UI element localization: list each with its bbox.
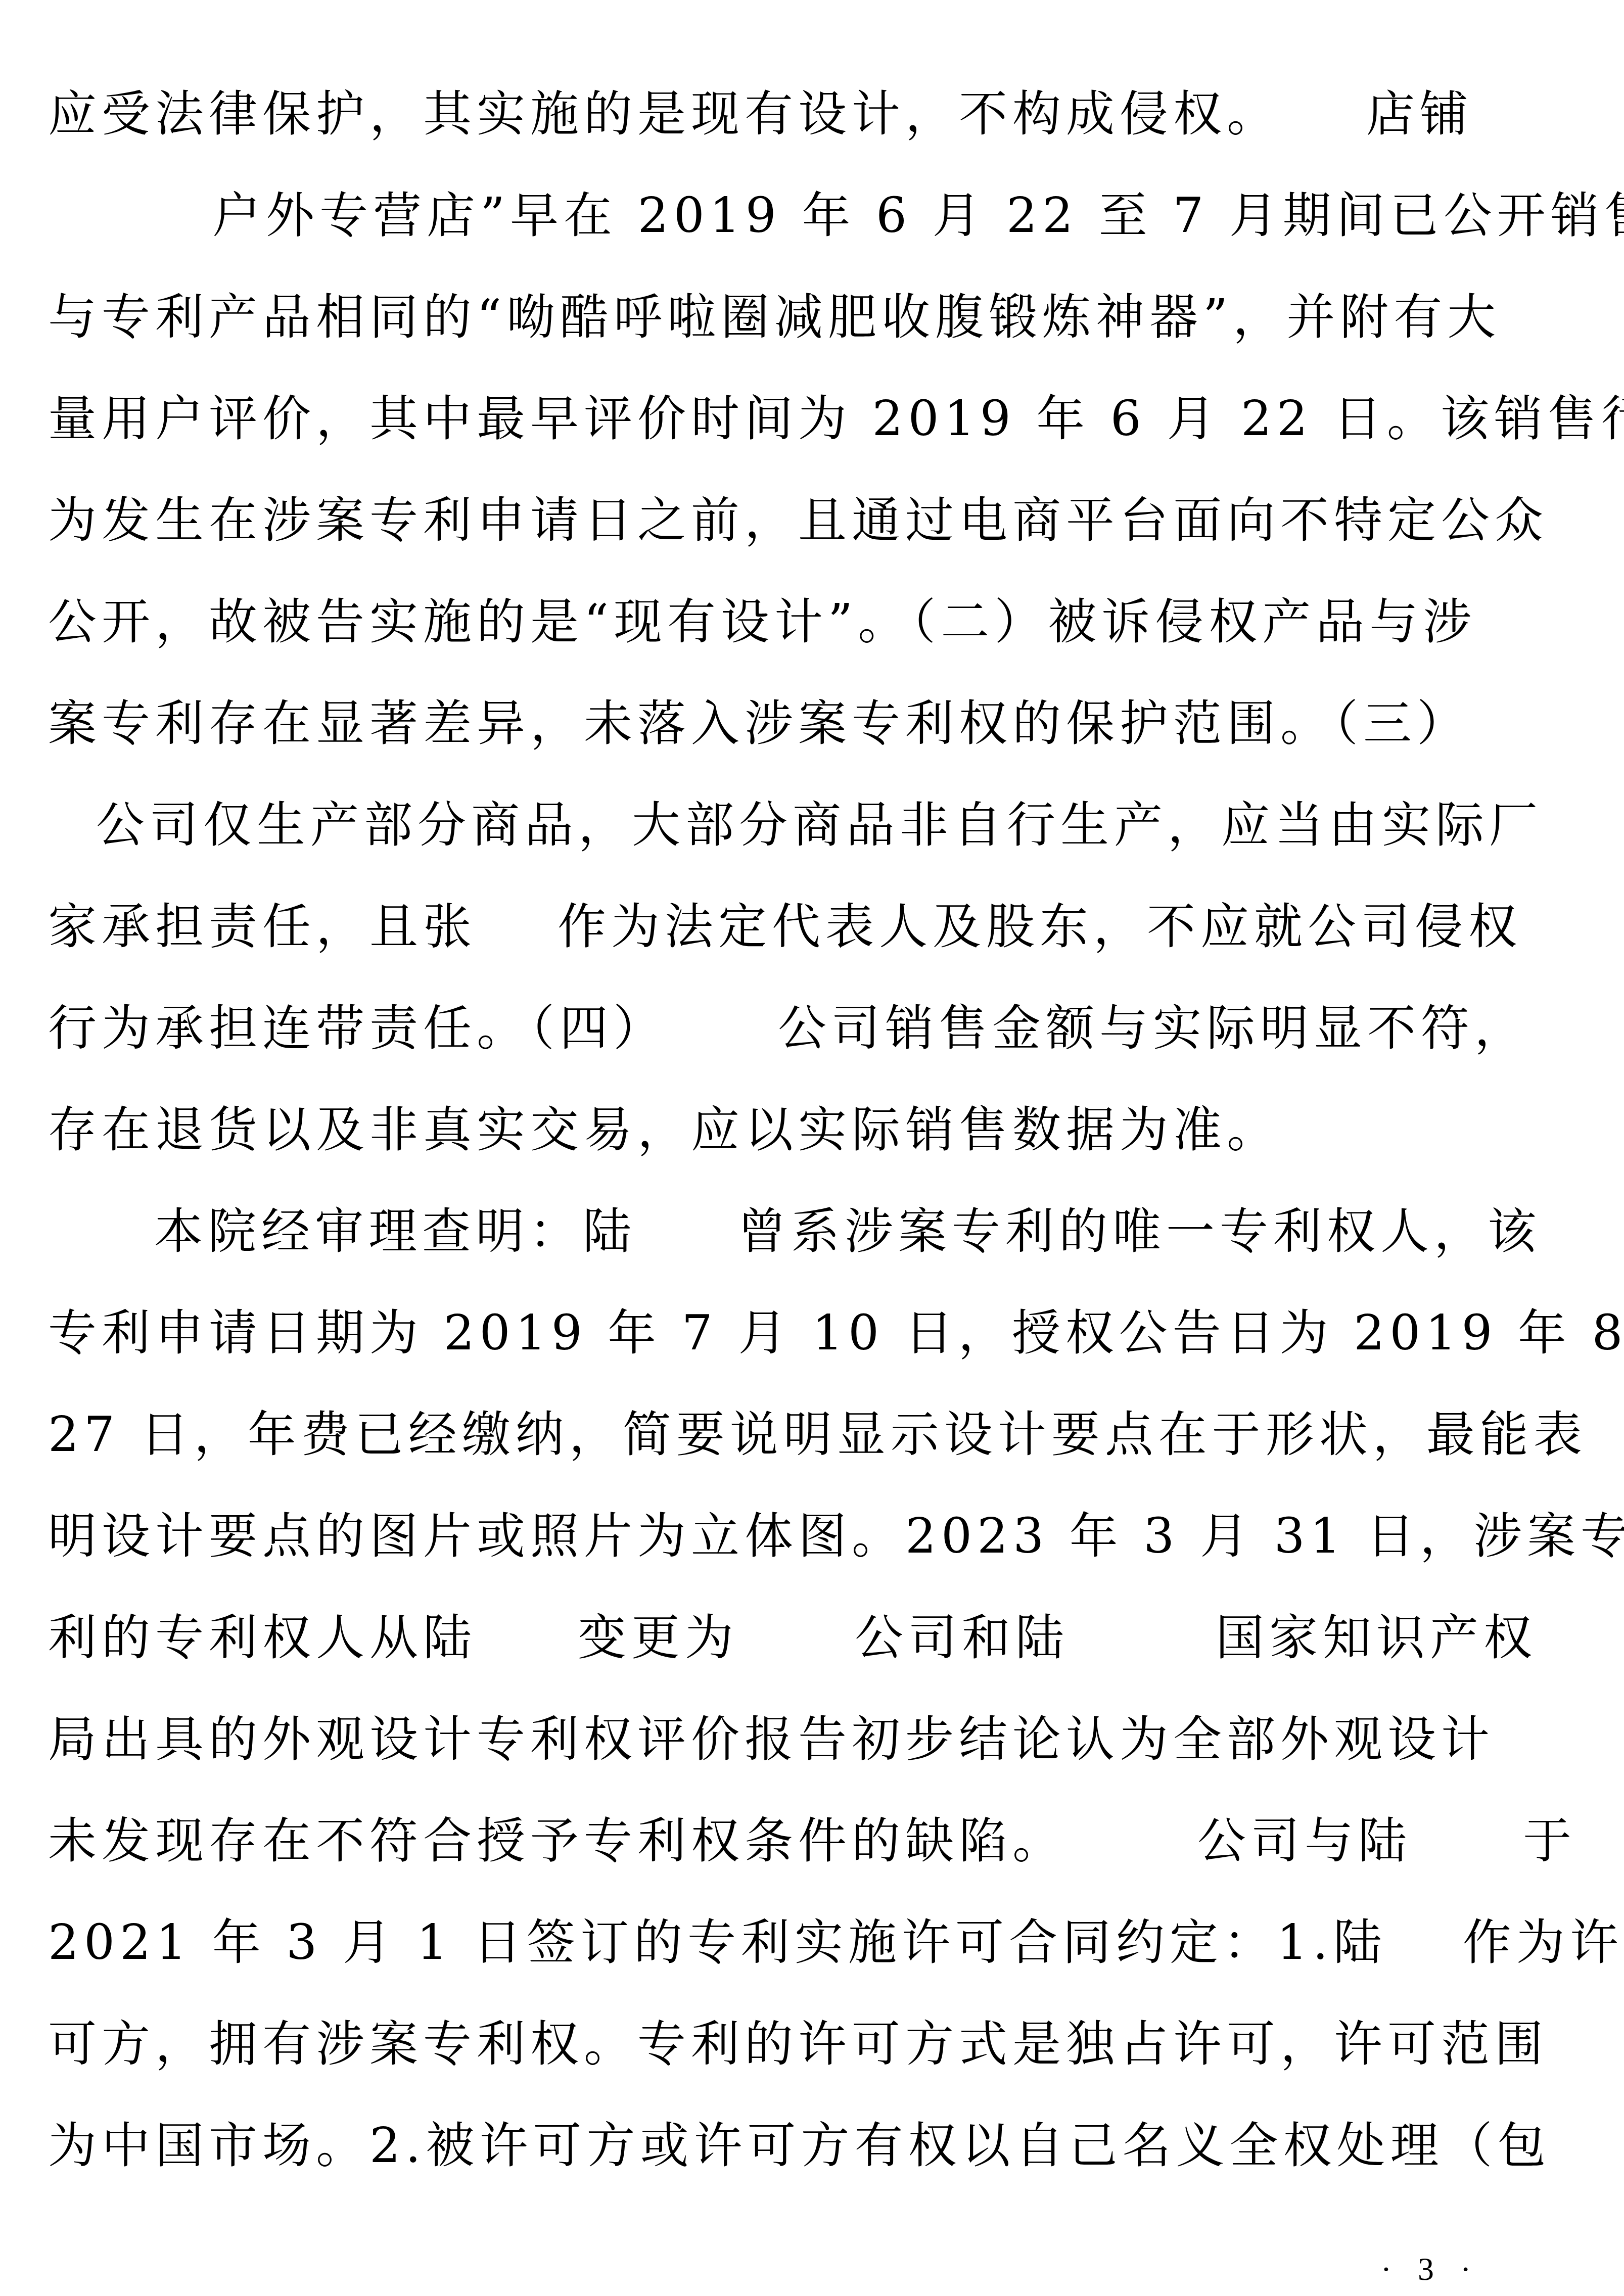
text-line: 局出具的外观设计专利权评价报告初步结论认为全部外观设计 bbox=[48, 1689, 1580, 1790]
text-line: 行为承担连带责任。（四）公司销售金额与实际明显不符， bbox=[48, 977, 1580, 1079]
text-segment: 应受法律保护，其实施的是现有设计，不构成侵权。 bbox=[48, 85, 1280, 142]
text-segment: 作为法定代表人及股东，不应就公司侵权 bbox=[558, 898, 1522, 955]
text-segment: 未发现存在不符合授予专利权条件的缺陷。 bbox=[48, 1812, 1066, 1869]
text-line: 专利申请日期为 2019 年 7 月 10 日，授权公告日为 2019 年 8 … bbox=[48, 1282, 1580, 1383]
text-segment: 变更为 bbox=[578, 1609, 738, 1666]
text-line: 案专利存在显著差异，未落入涉案专利权的保护范围。（三） bbox=[48, 673, 1580, 774]
text-line: 可方，拥有涉案专利权。专利的许可方式是独占许可，许可范围 bbox=[48, 1993, 1580, 2094]
text-segment: 为中国市场。2.被许可方或许可方有权以自己名义全权处理（包 bbox=[48, 2117, 1551, 2174]
text-line: 公开，故被告实施的是“现有设计”。（二）被诉侵权产品与涉 bbox=[48, 571, 1580, 672]
text-segment: 行为承担连带责任。（四） bbox=[48, 1000, 667, 1056]
text-line: 27 日，年费已经缴纳，简要说明显示设计要点在于形状，最能表 bbox=[48, 1384, 1580, 1485]
redacted-name-gap bbox=[477, 928, 558, 933]
text-segment: 局出具的外观设计专利权评价报告初步结论认为全部外观设计 bbox=[48, 1711, 1495, 1767]
text-segment: 可方，拥有涉案专利权。专利的许可方式是独占许可，许可范围 bbox=[48, 2016, 1548, 2072]
text-segment: 量用户评价，其中最早评价时间为 2019 年 6 月 22 日。该销售行 bbox=[48, 390, 1624, 447]
text-line: 量用户评价，其中最早评价时间为 2019 年 6 月 22 日。该销售行 bbox=[48, 368, 1580, 469]
text-segment: 公司和陆 bbox=[855, 1609, 1069, 1666]
text-segment: 案专利存在显著差异，未落入涉案专利权的保护范围。（三） bbox=[48, 695, 1470, 752]
text-segment: 本院经审理查明：陆 bbox=[154, 1203, 636, 1259]
text-line: 利的专利权人从陆变更为公司和陆国家知识产权 bbox=[48, 1587, 1580, 1688]
text-segment: 户外专营店”早在 2019 年 6 月 22 至 7 月期间已公开销售 bbox=[212, 187, 1624, 244]
text-segment: 为发生在涉案专利申请日之前，且通过电商平台面向不特定公众 bbox=[48, 492, 1548, 548]
text-line: 2021 年 3 月 1 日签订的专利实施许可合同约定：1.陆作为许 bbox=[48, 1892, 1580, 1993]
redacted-name-gap bbox=[1066, 1842, 1197, 1847]
redacted-name-gap bbox=[1280, 115, 1366, 120]
page-number: · 3 · bbox=[1365, 2244, 1496, 2294]
text-line: 存在退货以及非真实交易，应以实际销售数据为准。 bbox=[48, 1079, 1580, 1180]
redacted-name-gap bbox=[636, 1233, 737, 1238]
redacted-name-gap bbox=[738, 1639, 855, 1644]
text-segment: 公开，故被告实施的是“现有设计”。（二）被诉侵权产品与涉 bbox=[48, 593, 1476, 650]
redacted-name-gap bbox=[1387, 1944, 1463, 1949]
text-line: 应受法律保护，其实施的是现有设计，不构成侵权。店铺 bbox=[48, 63, 1580, 164]
text-segment: 与专利产品相同的“呦酷呼啦圈减肥收腹锻炼神器”，并附有大 bbox=[48, 289, 1501, 345]
text-segment: 作为许 bbox=[1463, 1914, 1623, 1971]
text-line: 公司仅生产部分商品，大部分商品非自行生产，应当由实际厂 bbox=[96, 774, 1580, 875]
text-segment: 2021 年 3 月 1 日签订的专利实施许可合同约定：1.陆 bbox=[48, 1914, 1387, 1971]
text-segment: 曾系涉案专利的唯一专利权人，该 bbox=[737, 1203, 1541, 1259]
text-segment: 公司销售金额与实际明显不符， bbox=[778, 1000, 1528, 1056]
text-line: 户外专营店”早在 2019 年 6 月 22 至 7 月期间已公开销售 bbox=[212, 165, 1580, 266]
text-line: 为中国市场。2.被许可方或许可方有权以自己名义全权处理（包 bbox=[48, 2095, 1580, 2196]
text-segment: 家承担责任，且张 bbox=[48, 898, 477, 955]
text-segment: 于 bbox=[1523, 1812, 1576, 1869]
text-segment: 国家知识产权 bbox=[1216, 1609, 1537, 1666]
text-line: 与专利产品相同的“呦酷呼啦圈减肥收腹锻炼神器”，并附有大 bbox=[48, 266, 1580, 367]
text-line: 本院经审理查明：陆曾系涉案专利的唯一专利权人，该 bbox=[154, 1181, 1580, 1282]
redacted-name-gap bbox=[667, 1029, 778, 1035]
text-segment: 店铺 bbox=[1366, 85, 1473, 142]
redacted-name-gap bbox=[1069, 1639, 1216, 1644]
text-segment: 27 日，年费已经缴纳，简要说明显示设计要点在于形状，最能表 bbox=[48, 1406, 1587, 1463]
text-segment: 明设计要点的图片或照片为立体图。2023 年 3 月 31 日，涉案专 bbox=[48, 1508, 1624, 1564]
text-line: 未发现存在不符合授予专利权条件的缺陷。公司与陆于 bbox=[48, 1790, 1580, 1891]
text-segment: 公司与陆 bbox=[1197, 1812, 1412, 1869]
text-line: 为发生在涉案专利申请日之前，且通过电商平台面向不特定公众 bbox=[48, 470, 1580, 571]
text-line: 明设计要点的图片或照片为立体图。2023 年 3 月 31 日，涉案专 bbox=[48, 1485, 1580, 1586]
text-segment: 利的专利权人从陆 bbox=[48, 1609, 477, 1666]
redacted-name-gap bbox=[1412, 1842, 1523, 1847]
text-segment: 存在退货以及非真实交易，应以实际销售数据为准。 bbox=[48, 1101, 1280, 1158]
text-segment: 专利申请日期为 2019 年 7 月 10 日，授权公告日为 2019 年 8 … bbox=[48, 1304, 1624, 1361]
document-page: 应受法律保护，其实施的是现有设计，不构成侵权。店铺户外专营店”早在 2019 年… bbox=[0, 0, 1624, 2296]
redacted-name-gap bbox=[477, 1639, 578, 1644]
text-line: 家承担责任，且张作为法定代表人及股东，不应就公司侵权 bbox=[48, 876, 1580, 977]
redacted-name-gap bbox=[1470, 725, 1501, 730]
text-segment: 公司仅生产部分商品，大部分商品非自行生产，应当由实际厂 bbox=[96, 796, 1543, 853]
